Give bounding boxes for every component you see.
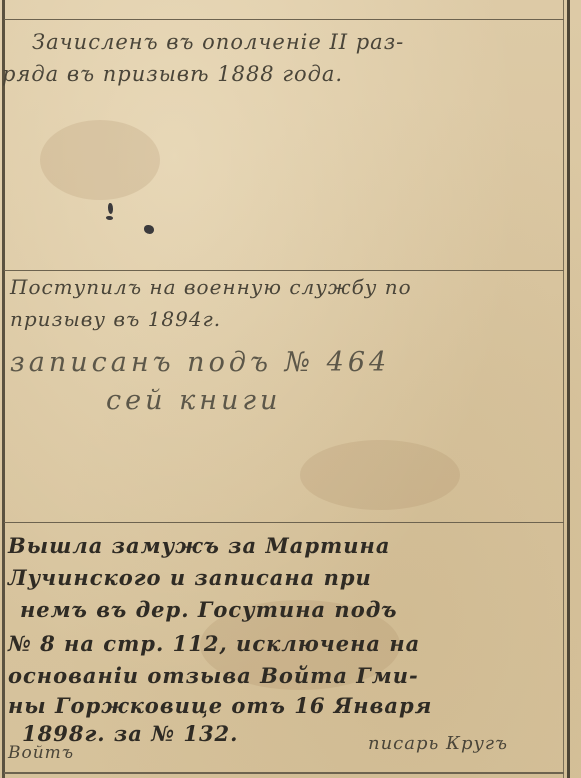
record-marriage: Вышла замужъ за Мартина Лучинского и зап… [8, 523, 560, 773]
right-border-outer-rule [567, 0, 570, 778]
handwritten-line: сей книги [106, 385, 281, 416]
left-border-rule [2, 0, 5, 778]
handwritten-line: немъ въ дер. Госутина подъ [20, 597, 398, 622]
ink-blot [106, 216, 113, 220]
handwritten-line: призыву въ 1894г. [10, 307, 221, 331]
handwritten-line: Лучинского и записана при [8, 565, 372, 590]
record-militia-enlistment: Зачисленъ въ ополченіе II раз- ряда въ п… [8, 20, 560, 270]
signature-clerk: писарь Кругъ [368, 733, 508, 754]
handwritten-line: ны Горжковице отъ 16 Января [8, 693, 432, 718]
handwritten-line: основаніи отзыва Войта Гми- [8, 663, 419, 688]
handwritten-line: № 8 на стр. 112, исключена на [8, 631, 420, 656]
handwritten-line: ряда въ призывѣ 1888 года. [2, 62, 343, 86]
handwritten-line: Поступилъ на военную службу по [10, 275, 412, 299]
handwritten-line: Вышла замужъ за Мартина [8, 533, 390, 558]
right-border-inner-rule [563, 0, 564, 778]
ink-blot [144, 225, 154, 234]
record-military-service: Поступилъ на военную службу по призыву в… [8, 271, 560, 521]
signature-wojt: Войтъ [8, 743, 74, 763]
handwritten-line: записанъ подъ № 464 [10, 347, 390, 378]
ink-blot [108, 203, 113, 214]
handwritten-line: Зачисленъ въ ополченіе II раз- [32, 30, 404, 54]
document-page: Зачисленъ въ ополченіе II раз- ряда въ п… [0, 0, 581, 778]
